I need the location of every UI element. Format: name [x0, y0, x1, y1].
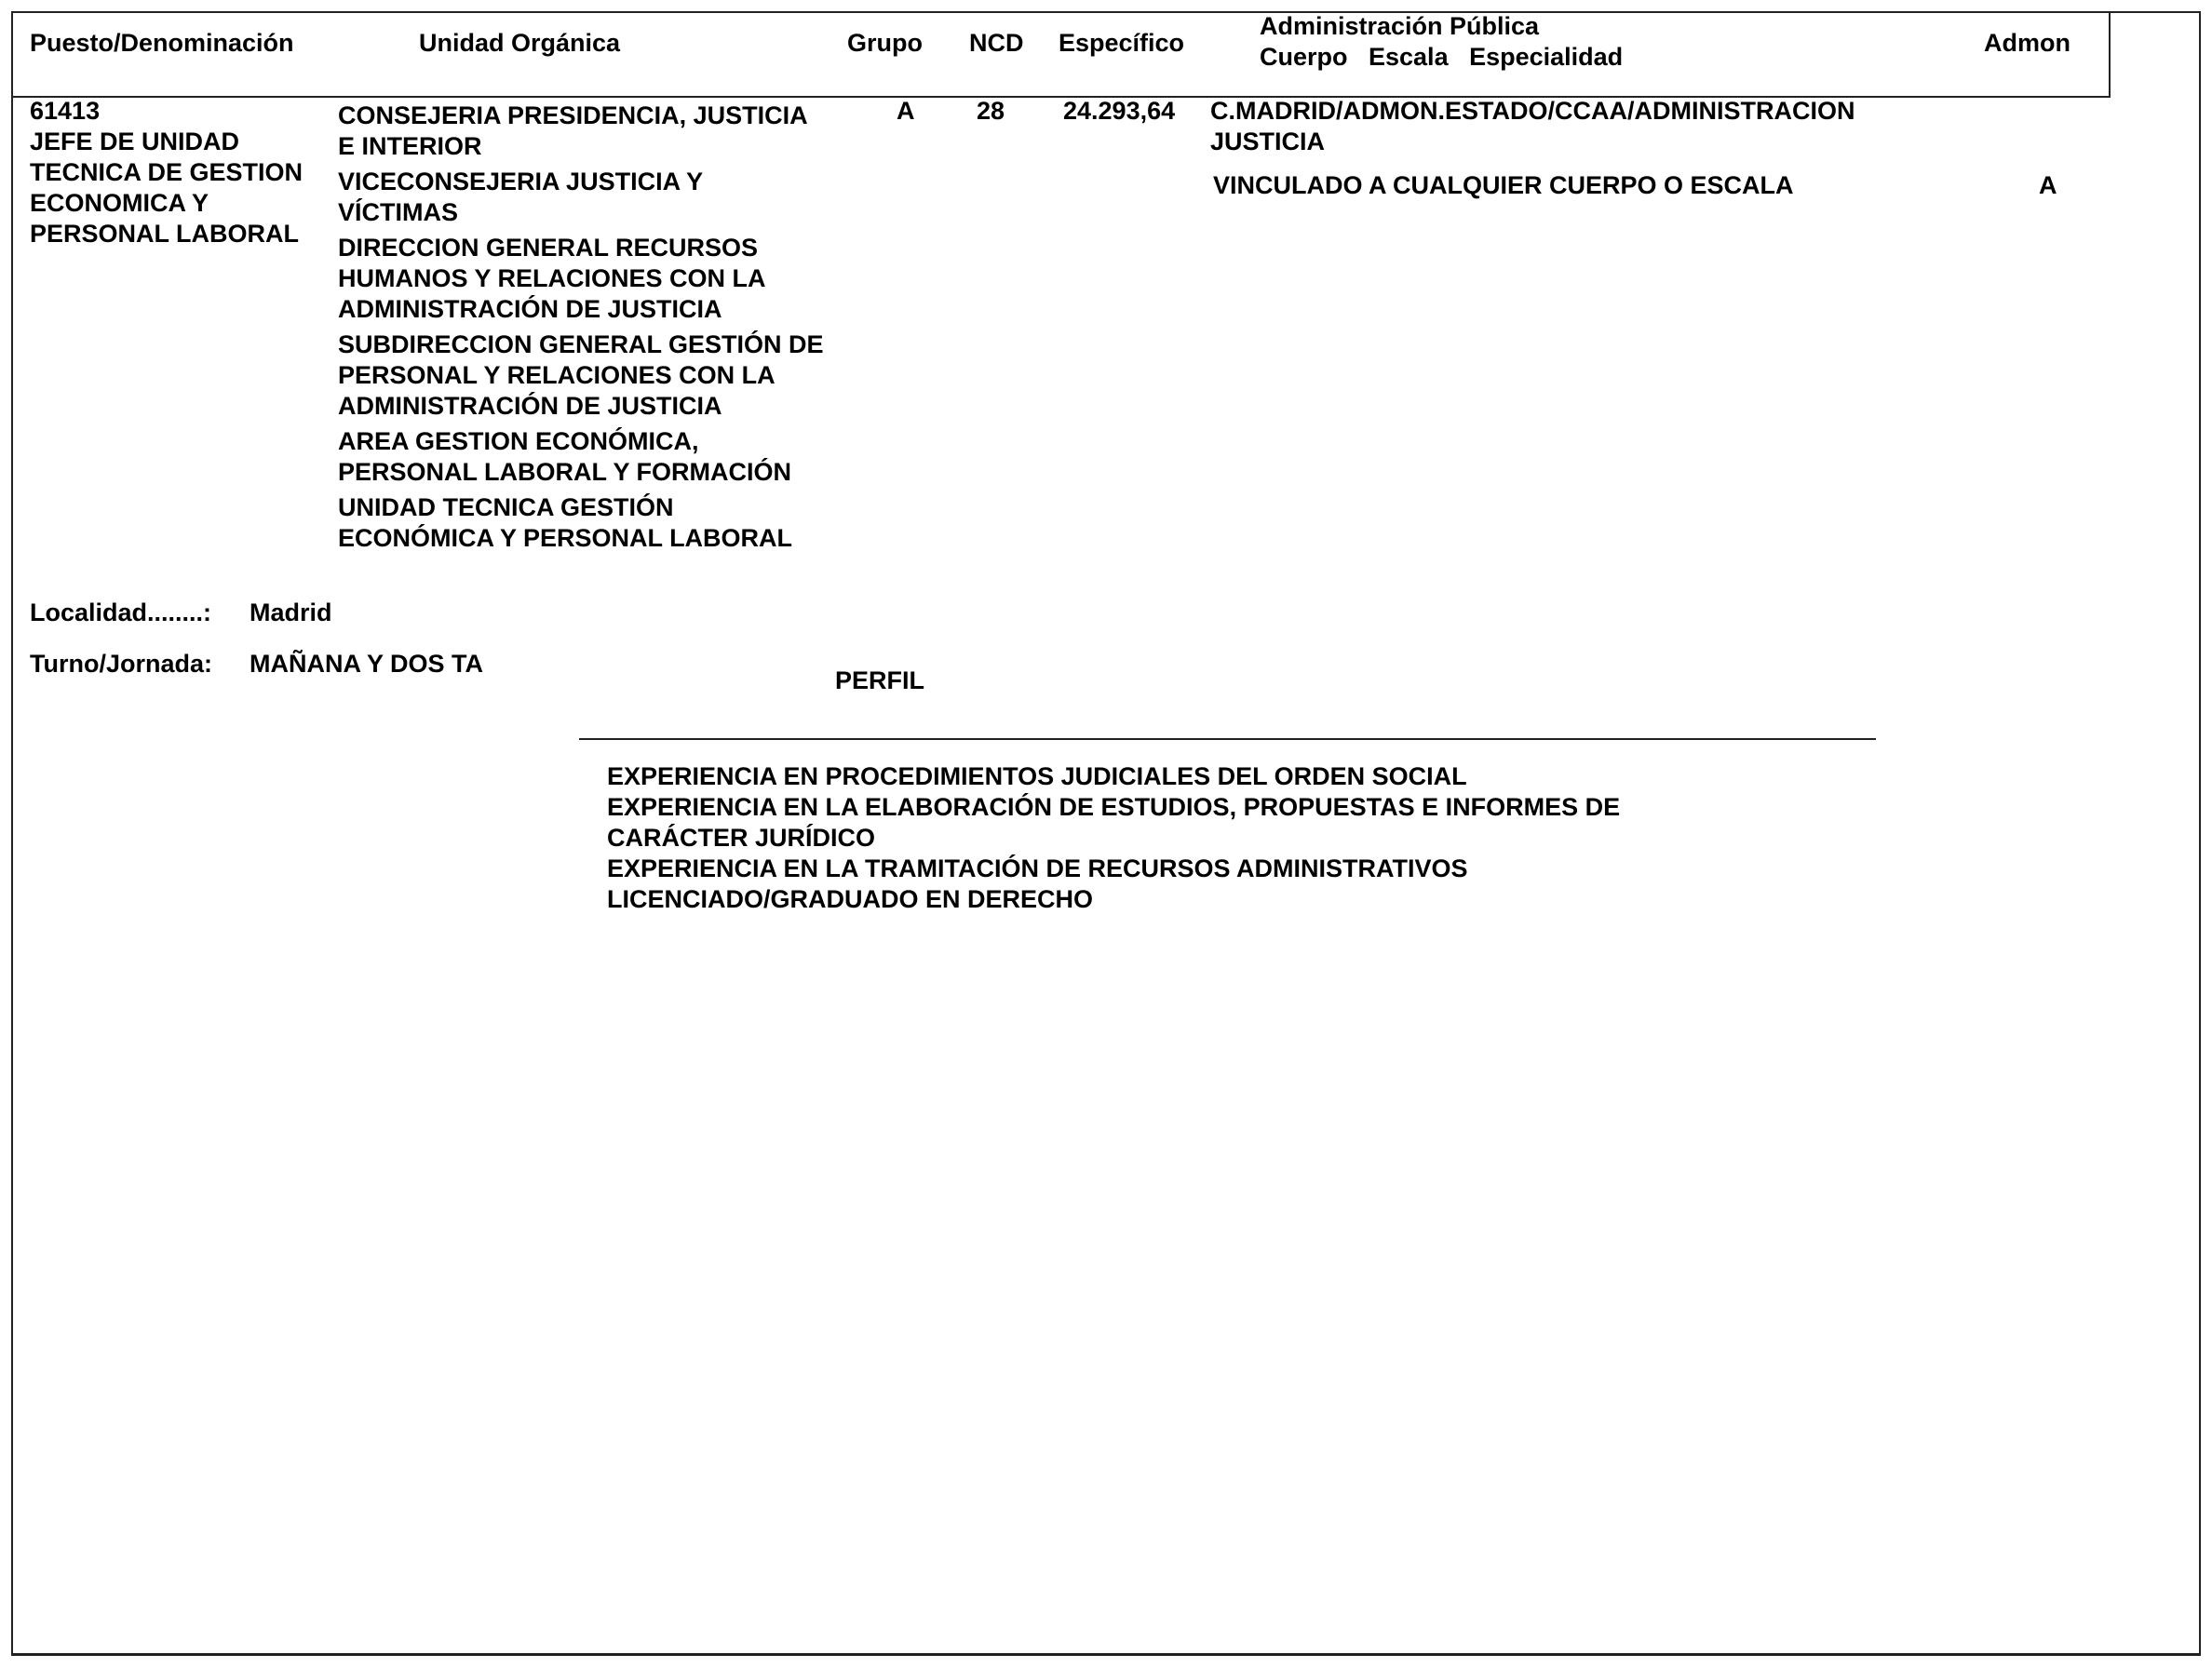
- unidad-line: ECONÓMICA Y PERSONAL LABORAL: [338, 523, 824, 554]
- unidad-area: AREA GESTION ECONÓMICA, PERSONAL LABORAL…: [338, 426, 824, 488]
- header-admin-publica: Administración Pública: [1260, 11, 1539, 42]
- unidad-viceconsejeria: VICECONSEJERIA JUSTICIA Y VÍCTIMAS: [338, 167, 824, 228]
- denominacion-line: TECNICA DE GESTION: [30, 157, 303, 188]
- unidad-direccion-general: DIRECCION GENERAL RECURSOS HUMANOS Y REL…: [338, 233, 824, 325]
- unidad-subdireccion: SUBDIRECCION GENERAL GESTIÓN DE PERSONAL…: [338, 330, 824, 422]
- unidad-line: AREA GESTION ECONÓMICA,: [338, 426, 824, 457]
- header-especifico: Específico: [1059, 28, 1184, 59]
- unidad-line: VICECONSEJERIA JUSTICIA Y: [338, 167, 824, 197]
- unidad-line: HUMANOS Y RELACIONES CON LA: [338, 263, 824, 294]
- unidad-line: E INTERIOR: [338, 131, 824, 162]
- perfil-item: EXPERIENCIA EN LA TRAMITACIÓN DE RECURSO…: [607, 854, 1620, 884]
- unidad-consejeria: CONSEJERIA PRESIDENCIA, JUSTICIA E INTER…: [338, 101, 824, 162]
- header-unidad: Unidad Orgánica: [419, 28, 620, 59]
- especifico-value: 24.293,64: [1063, 96, 1175, 127]
- unidad-line: DIRECCION GENERAL RECURSOS: [338, 233, 824, 263]
- unidad-line: SUBDIRECCION GENERAL GESTIÓN DE: [338, 330, 824, 360]
- administracion-block: C.MADRID/ADMON.ESTADO/CCAA/ADMINISTRACIO…: [1210, 96, 1855, 157]
- header-ncd: NCD: [969, 28, 1024, 59]
- header-puesto: Puesto/Denominación: [30, 28, 294, 59]
- administracion-line: JUSTICIA: [1210, 127, 1855, 157]
- grupo-value: A: [897, 96, 915, 127]
- perfil-list: EXPERIENCIA EN PROCEDIMIENTOS JUDICIALES…: [607, 761, 1620, 915]
- header-admon: Admon: [1984, 28, 2070, 59]
- unidad-line: UNIDAD TECNICA GESTIÓN: [338, 492, 824, 523]
- unidad-line: PERSONAL Y RELACIONES CON LA: [338, 360, 824, 391]
- unidad-line: CONSEJERIA PRESIDENCIA, JUSTICIA: [338, 101, 824, 131]
- unidad-line: ADMINISTRACIÓN DE JUSTICIA: [338, 391, 824, 422]
- header-grupo: Grupo: [847, 28, 923, 59]
- puesto-block: 61413 JEFE DE UNIDAD TECNICA DE GESTION …: [30, 96, 303, 249]
- header-cuerpo-escala: Cuerpo Escala Especialidad: [1260, 42, 1623, 73]
- localidad-label: Localidad........:: [30, 598, 211, 628]
- unidad-line: PERSONAL LABORAL Y FORMACIÓN: [338, 457, 824, 488]
- perfil-item: LICENCIADO/GRADUADO EN DERECHO: [607, 884, 1620, 915]
- denominacion-line: JEFE DE UNIDAD: [30, 127, 303, 157]
- perfil-item: EXPERIENCIA EN LA ELABORACIÓN DE ESTUDIO…: [607, 792, 1620, 823]
- unidad-tecnica: UNIDAD TECNICA GESTIÓN ECONÓMICA Y PERSO…: [338, 492, 824, 554]
- unidad-organica-block: CONSEJERIA PRESIDENCIA, JUSTICIA E INTER…: [338, 101, 824, 558]
- turno-label: Turno/Jornada:: [30, 649, 212, 679]
- denominacion-line: PERSONAL LABORAL: [30, 219, 303, 249]
- unidad-line: ADMINISTRACIÓN DE JUSTICIA: [338, 294, 824, 325]
- administracion-line: C.MADRID/ADMON.ESTADO/CCAA/ADMINISTRACIO…: [1210, 96, 1855, 127]
- ncd-value: 28: [977, 96, 1005, 127]
- puesto-codigo: 61413: [30, 96, 303, 127]
- unidad-line: VÍCTIMAS: [338, 197, 824, 228]
- denominacion-line: ECONOMICA Y: [30, 188, 303, 219]
- perfil-item: EXPERIENCIA EN PROCEDIMIENTOS JUDICIALES…: [607, 761, 1620, 792]
- cuerpo-escala-value: VINCULADO A CUALQUIER CUERPO O ESCALA: [1213, 170, 1794, 201]
- perfil-divider: [579, 738, 1876, 740]
- localidad-value: Madrid: [250, 598, 332, 628]
- perfil-title: PERFIL: [835, 666, 924, 696]
- perfil-item: CARÁCTER JURÍDICO: [607, 823, 1620, 854]
- admon-value: A: [2039, 170, 2057, 201]
- turno-value: MAÑANA Y DOS TA: [250, 649, 483, 679]
